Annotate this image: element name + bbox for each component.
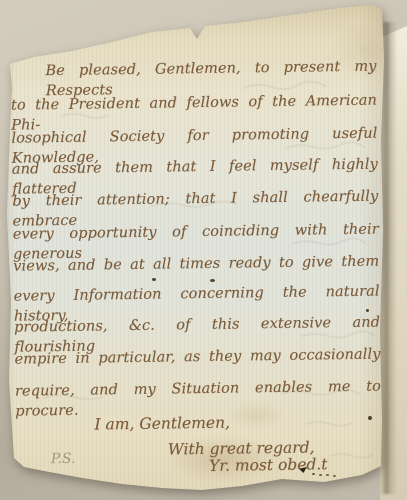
letter-line-10: empire in particular, as they may occasi… xyxy=(14,344,380,369)
letter-body: Be pleased, Gentlemen, to present my Res… xyxy=(0,0,407,500)
letter-sheet: Be pleased, Gentlemen, to present my Res… xyxy=(0,0,407,500)
ink-dots xyxy=(312,473,315,475)
letter-paper: Be pleased, Gentlemen, to present my Res… xyxy=(0,0,407,500)
photo-backdrop: Be pleased, Gentlemen, to present my Res… xyxy=(0,0,407,500)
closing-line-1: I am, Gentlemen, xyxy=(94,414,230,434)
closing-line-3: Yr. most obed.t xyxy=(209,455,328,475)
postscript-label: P.S. xyxy=(51,451,76,467)
letter-line-7: views, and be at all times ready to give… xyxy=(13,252,379,277)
